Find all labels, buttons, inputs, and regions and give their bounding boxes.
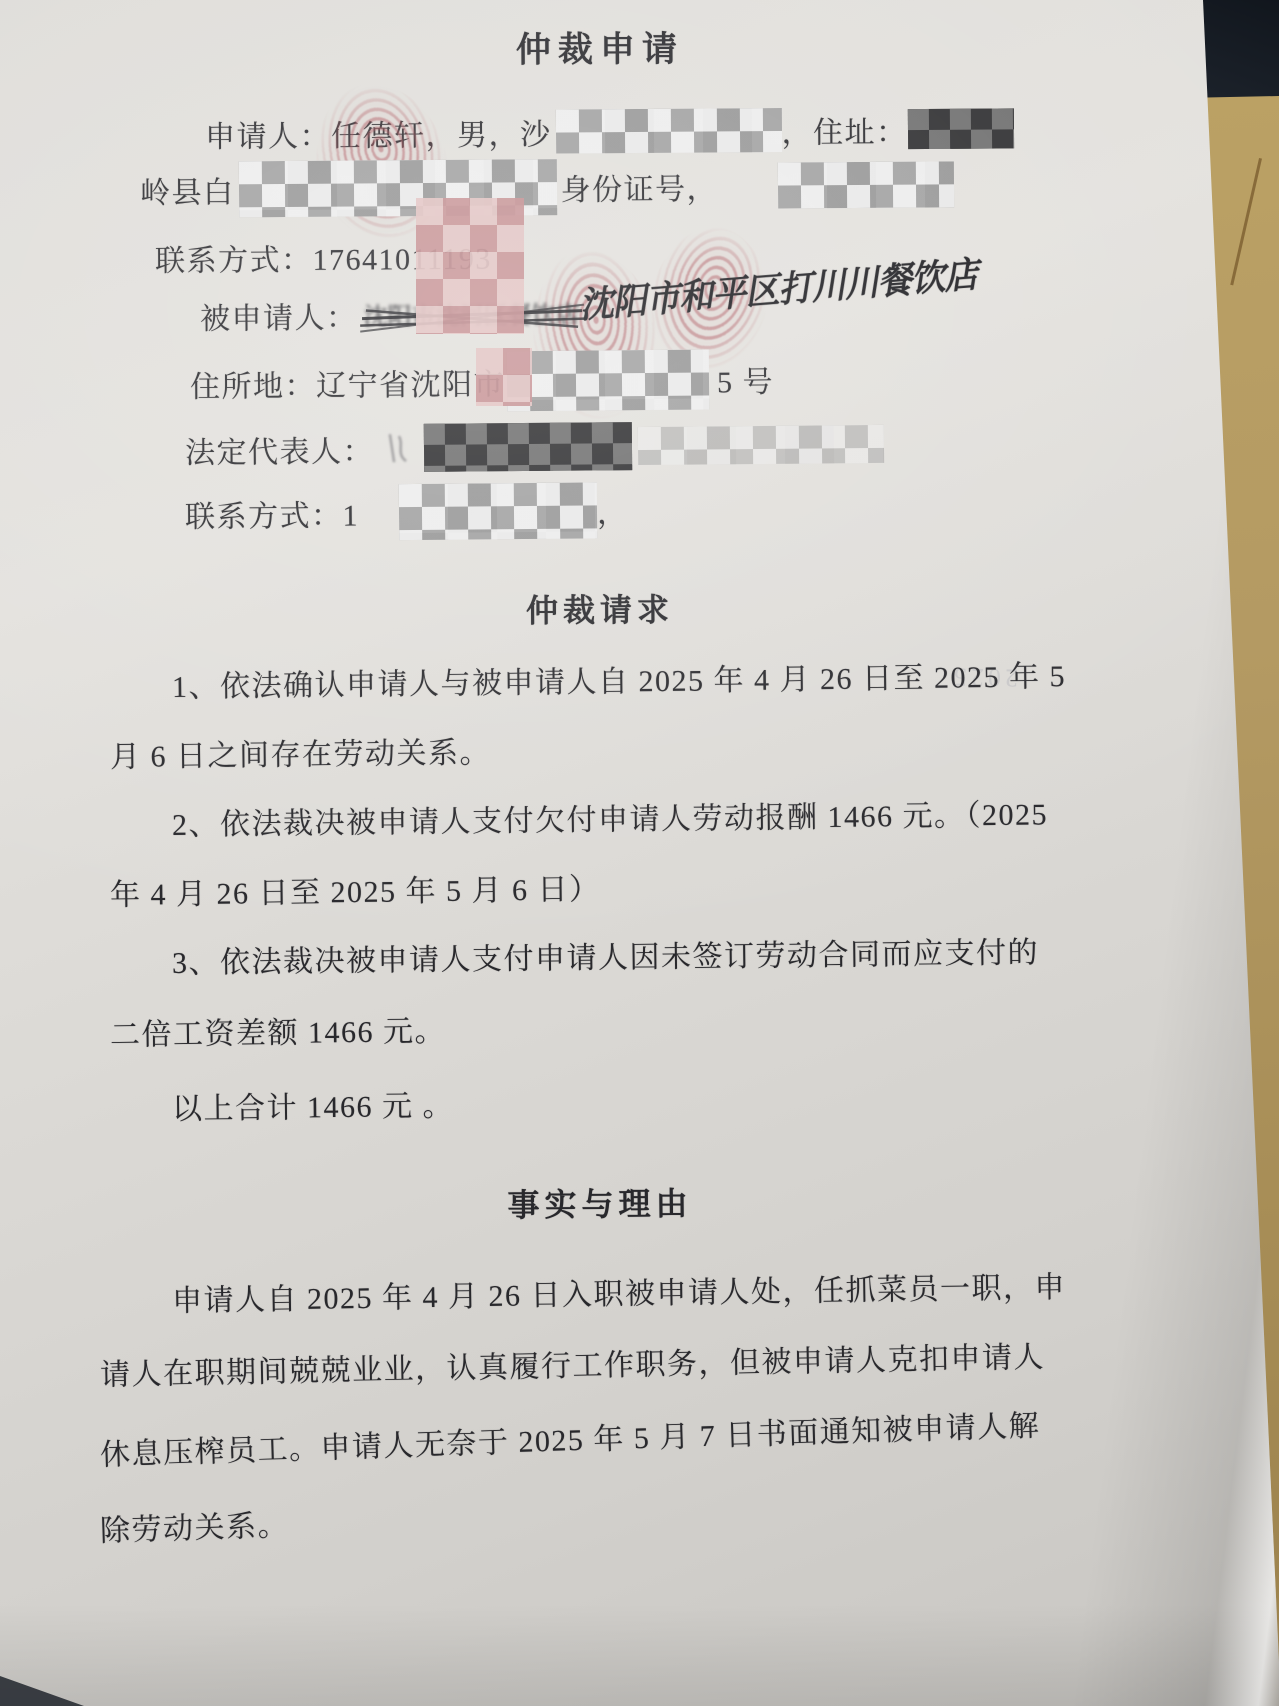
faint-character-stroke	[382, 430, 410, 466]
legal-rep-label: 法定代表人：	[185, 426, 374, 472]
redaction-mosaic-dark	[424, 422, 632, 472]
legal-rep-line: 法定代表人：	[185, 420, 884, 474]
request-line: 月 6 日之间存在劳动关系。	[110, 725, 492, 778]
respondent-contact-line: 联系方式：1 ，	[185, 486, 629, 538]
envelope-fold-line	[1230, 158, 1262, 285]
applicant-line-1-address-label: ，住址：	[781, 107, 907, 152]
facts-line: 除劳动关系。	[99, 1498, 289, 1552]
photo-scene: 2025 仲裁申请 申请人：任德轩，男，沙 ，住址： 岭县白 身份证号， 联系方…	[0, 0, 1279, 1706]
redaction-mosaic	[638, 425, 884, 465]
request-line: 3、依法裁决被申请人支付申请人因未签订劳动合同而应支付的	[172, 925, 1040, 984]
page-title: 仲裁申请	[60, 20, 1140, 74]
respondent-line: 被申请人： 沈阳市沈河区餐饮店 沈阳市和平区打川川餐饮店	[200, 285, 1000, 340]
respondent-address-text: 住所地：辽宁省沈阳市	[190, 359, 505, 406]
redaction-mosaic	[399, 482, 597, 540]
redaction-mosaic	[507, 349, 710, 411]
facts-line: 休息压榨员工。申请人无奈于 2025 年 5 月 7 日书面通知被申请人解	[99, 1398, 1041, 1476]
respondent-contact-comma: ，	[597, 488, 629, 532]
facts-line: 申请人自 2025 年 4 月 26 日入职被申请人处，任抓菜员一职，申	[172, 1260, 1067, 1322]
redaction-mosaic-dark	[907, 108, 1013, 149]
redaction-mosaic	[555, 108, 781, 154]
applicant-line-2-text: 岭县白	[140, 167, 235, 212]
redaction-mosaic	[778, 161, 954, 208]
facts-line: 请人在职期间兢兢业业，认真履行工作职务，但被申请人克扣申请人	[100, 1330, 1046, 1396]
request-line: 年 4 月 26 日至 2025 年 5 月 6 日）	[110, 862, 601, 916]
table-corner-shadow	[0, 1676, 84, 1706]
respondent-label: 被申请人：	[200, 293, 358, 338]
respondent-address-number: 5 号	[717, 357, 774, 401]
id-number-label: 身份证号，	[560, 164, 718, 209]
request-line: 二倍工资差额 1466 元。	[110, 1004, 447, 1056]
requests-heading: 仲裁请求	[60, 580, 1140, 636]
handwritten-respondent-name: 沈阳市和平区打川川餐饮店	[577, 246, 979, 328]
request-line: 1、依法确认申请人与被申请人自 2025 年 4 月 26 日至 2025 年 …	[172, 649, 1067, 708]
facts-heading: 事实与理由	[60, 1173, 1140, 1232]
respondent-contact-text: 联系方式：1	[185, 490, 359, 536]
redaction-mosaic-pink	[416, 198, 524, 334]
redaction-mosaic-pink	[476, 348, 532, 406]
document-page: 2025 仲裁申请 申请人：任德轩，男，沙 ，住址： 岭县白 身份证号， 联系方…	[0, 0, 1279, 1706]
request-total-line: 以上合计 1466 元 。	[172, 1079, 455, 1130]
request-line: 2、依法裁决被申请人支付欠付申请人劳动报酬 1466 元。（2025	[172, 787, 1049, 846]
applicant-line-2: 岭县白 身份证号，	[140, 160, 954, 214]
